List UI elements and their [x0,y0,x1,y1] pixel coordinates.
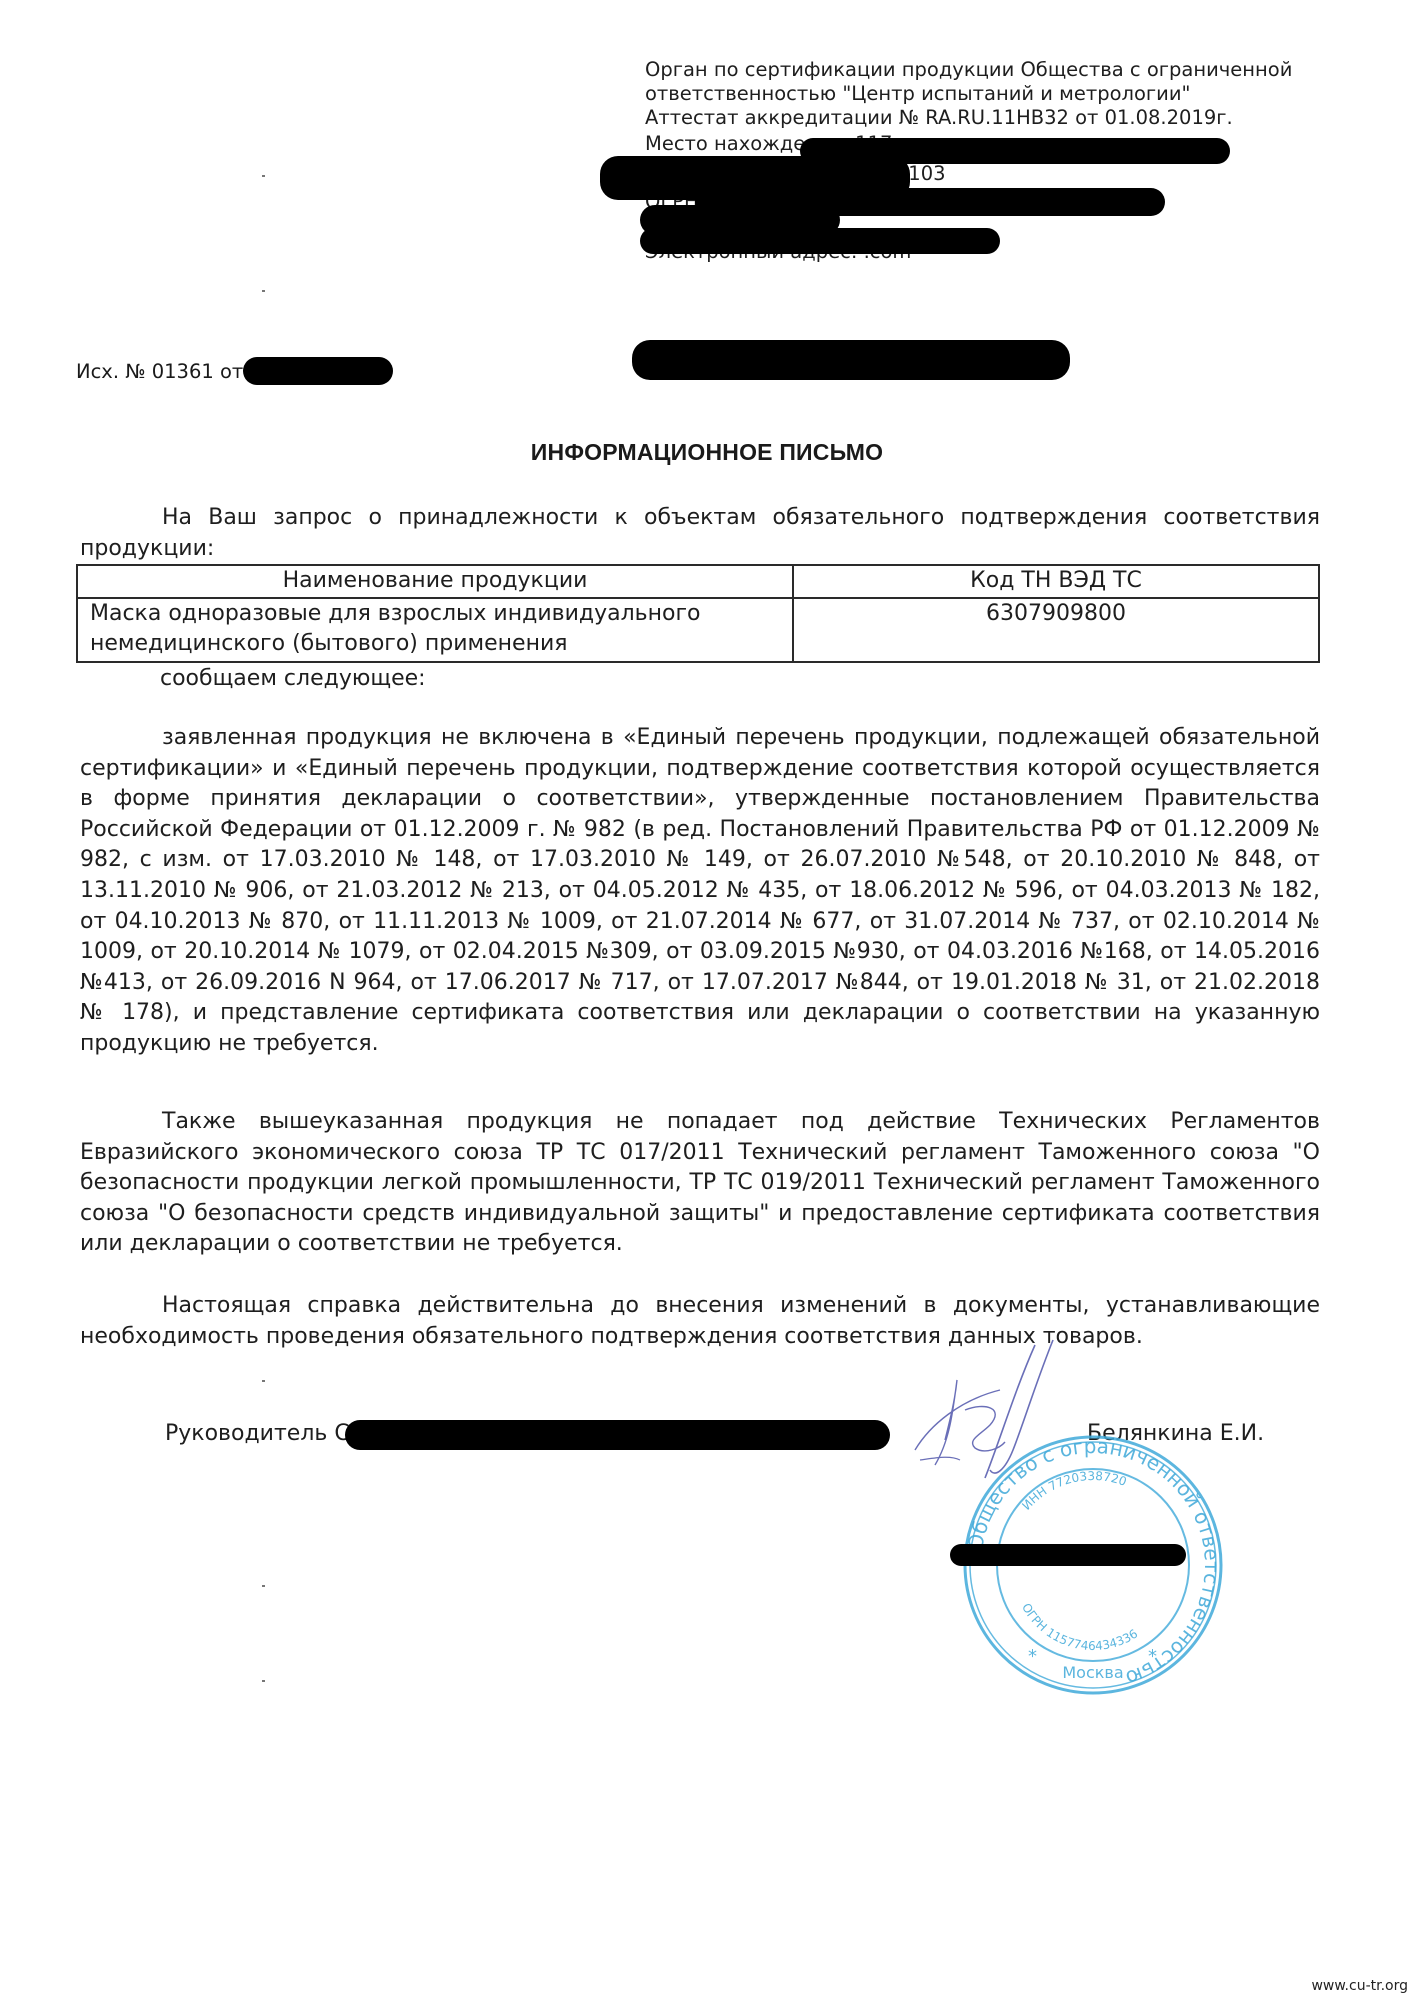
handwritten-signature [905,1330,1095,1480]
report-line: сообщаем следующее: [80,664,1320,695]
report-text: сообщаем следующее: [160,666,426,691]
product-table: Наименование продукции Код ТН ВЭД ТС Мас… [76,564,1320,663]
stamp-star-icon: * [1148,1646,1157,1667]
issuer-line-2: ответственностью "Центр испытаний и метр… [645,82,1190,106]
column-header-code: Код ТН ВЭД ТС [793,565,1319,598]
stamp-star-icon: * [1028,1646,1037,1667]
paragraph-not-included: заявленная продукция не включена в «Един… [80,723,1320,1060]
scan-speck [262,1380,265,1382]
table-header-row: Наименование продукции Код ТН ВЭД ТС [77,565,1319,598]
scan-speck [262,290,265,292]
redaction-bar [243,357,393,385]
product-name-cell: Маска одноразовые для взрослых индивидуа… [77,598,793,662]
stamp-ogrn: ОГРН 1157746434336 [1019,1601,1140,1653]
paragraph-validity: Настоящая справка действительна до внесе… [80,1291,1320,1352]
issuer-line-1: Орган по сертификации продукции Общества… [645,58,1292,82]
redaction-bar [345,1420,890,1450]
role-label: Руководитель С [165,1421,350,1446]
intro-text: На Ваш запрос о принадлежности к объекта… [80,505,1320,561]
paragraph-1-text: заявленная продукция не включена в «Един… [80,725,1320,1056]
recipient-redaction [632,340,1070,380]
stamp-city: Москва [1062,1663,1123,1682]
scan-speck [262,175,265,177]
scan-speck [262,1585,265,1587]
paragraph-2-text: Также вышеуказанная продукция не попадае… [80,1109,1320,1256]
outgoing-label: Исх. № 01361 от [76,360,243,383]
document-title: ИНФОРМАЦИОННОЕ ПИСЬМО [0,439,1414,466]
product-code-cell: 6307909800 [793,598,1319,662]
column-header-name: Наименование продукции [77,565,793,598]
paragraph-3-text: Настоящая справка действительна до внесе… [80,1293,1320,1349]
table-row: Маска одноразовые для взрослых индивидуа… [77,598,1319,662]
scan-speck [262,1680,265,1682]
accreditation-line: Аттестат аккредитации № RA.RU.11НВ32 от … [645,106,1233,130]
watermark-link[interactable]: www.cu-tr.org [1311,1978,1408,1994]
intro-paragraph: На Ваш запрос о принадлежности к объекта… [80,503,1320,564]
redaction-bar [640,228,1000,254]
paragraph-tech-regulations: Также вышеуказанная продукция не попадае… [80,1107,1320,1260]
stamp-redaction [950,1544,1186,1566]
svg-text:ОГРН 1157746434336: ОГРН 1157746434336 [1019,1601,1140,1653]
